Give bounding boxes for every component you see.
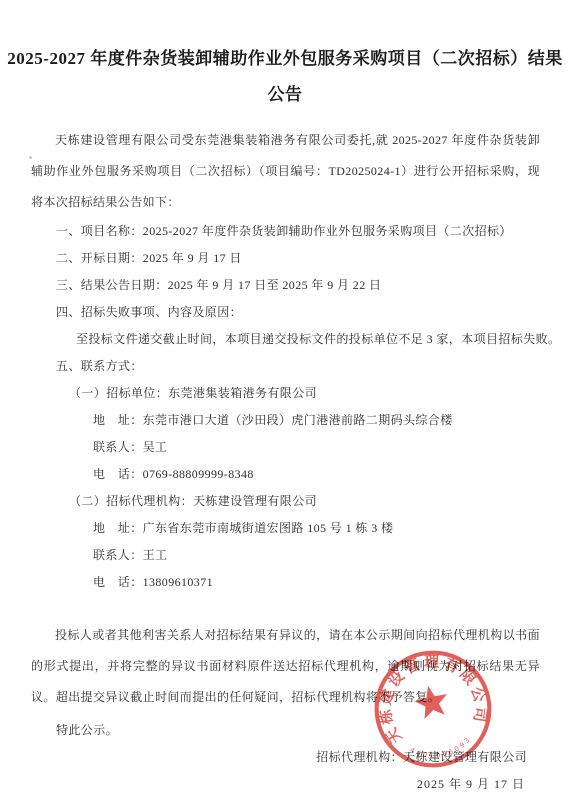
item-bid-opening-date: 二、开标日期：2025 年 9 月 17 日 (31, 245, 540, 272)
document-body: 天栋建设管理有限公司受东莞港集装箱港务有限公司委托,就 2025-2027 年度… (0, 113, 570, 798)
agency-phone: 电 话：13809610371 (31, 569, 540, 596)
tenderer-address: 地 址：东莞市港口大道（沙田段）虎门港港前路二期码头综合楼 (31, 407, 540, 434)
signature-date-line: 2025 年 9 月 17 日 (31, 771, 525, 798)
item-result-notice-period: 三、结果公告日期：2025 年 9 月 17 日至 2025 年 9 月 22 … (31, 272, 540, 299)
tenderer-name: （一）招标单位：东莞港集装箱港务有限公司 (31, 380, 540, 407)
page-title: 2025-2027 年度件杂货装卸辅助作业外包服务采购项目（二次招标）结果 公告 (0, 0, 570, 113)
item-contact-heading: 五、联系方式： (31, 353, 540, 380)
document-page: 2025-2027 年度件杂货装卸辅助作业外包服务采购项目（二次招标）结果 公告… (0, 0, 570, 802)
tenderer-contact-person: 联系人：吴工 (31, 434, 540, 461)
agency-name: （二）招标代理机构：天栋建设管理有限公司 (31, 488, 540, 515)
failure-reason-text: 至投标文件递交截止时间，本项目递交投标文件的投标单位不足 3 家，本项目招标失败… (31, 326, 540, 353)
tenderer-phone: 电 话：0769-88809999-8348 (31, 461, 540, 488)
closing-statement: 特此公示。 (31, 717, 540, 744)
smudge-artifact (29, 156, 32, 159)
signature-agency-line: 招标代理机构：天栋建设管理有限公司 (31, 744, 527, 771)
objection-paragraph: 投标人或者其他利害关系人对招标结果有异议的，请在本公示期间向招标代理机构以书面的… (31, 620, 540, 713)
page-title-line-1: 2025-2027 年度件杂货装卸辅助作业外包服务采购项目（二次招标）结果 (0, 41, 570, 77)
agency-address: 地 址：广东省东莞市南城街道宏图路 105 号 1 栋 3 楼 (31, 515, 540, 542)
agency-contact-person: 联系人：王工 (31, 542, 540, 569)
item-failure-heading: 四、招标失败事项、内容及原因： (31, 299, 540, 326)
page-title-line-2: 公告 (0, 77, 570, 113)
item-project-name: 一、项目名称：2025-2027 年度件杂货装卸辅助作业外包服务采购项目（二次招… (31, 218, 540, 245)
intro-paragraph: 天栋建设管理有限公司受东莞港集装箱港务有限公司委托,就 2025-2027 年度… (31, 125, 540, 218)
